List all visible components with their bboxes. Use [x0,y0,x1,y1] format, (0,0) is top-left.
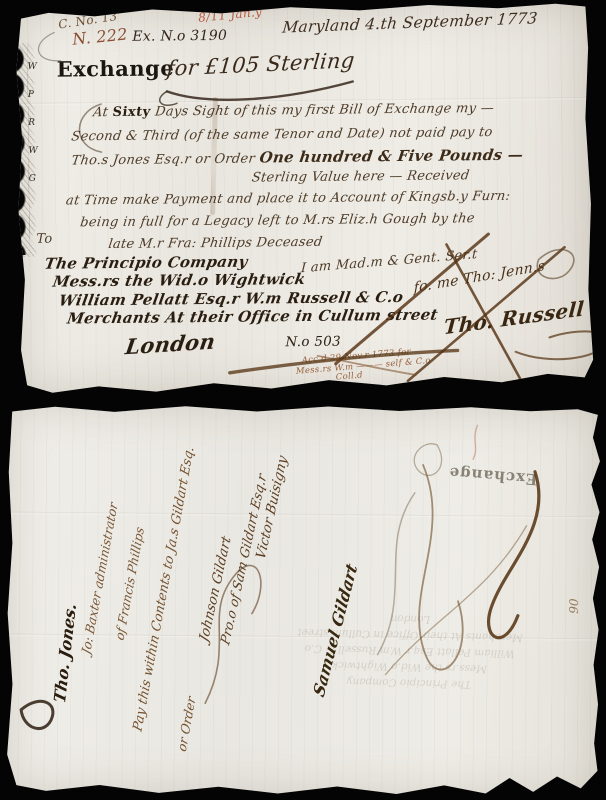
to-label: To [36,233,52,246]
endorsement-payee-name: Tho. Jones. [52,602,79,705]
address-line-2: Mess.rs the Wid.o Wightwick [52,272,307,290]
red-ink-annotation: 8/11 Jan.y [198,6,263,24]
body-line-3: Tho.s Jones Esq.r or Order One hundred &… [71,148,525,168]
edge-letter: R [28,119,35,128]
body-line-5: at Time make Payment and place it to Acc… [65,190,511,208]
body-line-1: At Sixty Days Sight of this my first Bil… [92,102,495,119]
bill-back-paper: Tho. Jones. Jo: Baxter administrator of … [4,402,601,799]
exchange-heading-bleed-through: Exchange [448,465,538,487]
edge-letter: W [28,147,37,156]
acceptance-note-line-3: Coll.d [336,371,364,382]
place-and-date-line: Maryland 4.th September 1773 [281,11,538,36]
body-line-1-rest: Days Sight of this my first Bill of Exch… [150,101,495,120]
exchange-number: Ex. N.o 3190 [132,29,227,44]
body-line-3-amount-words: One hundred & Five Pounds — [258,146,524,167]
address-bleed-through: The Principio Company Mess.rs the Wid.o … [296,608,524,694]
body-line-1-sixty: Sixty [112,105,152,120]
edge-letter: P [28,91,34,100]
address-city: London [124,330,217,357]
bill-front-paper: W P R W G C. No. 13 N. 222 Ex. N.o 3190 … [14,1,594,397]
amount-line: for £105 Sterling [166,50,356,80]
body-line-6: being in full for a Legacy left to M.rs … [79,212,475,229]
edge-letter: W [28,63,37,72]
body-line-7: late M.r Fra: Phillips Deceased [108,236,324,251]
address-line-4: Merchants At their Office in Cullum stre… [66,308,439,327]
endorsement-pay-order-line: Pay this within Contents to Ja.s Gildart… [132,445,197,733]
endorsement-or-order: or Order [176,695,198,753]
bill-number: N.o 503 [285,336,341,350]
edge-letter: G [29,175,36,184]
indenture-scallop-edge [9,45,29,255]
fold-crease [7,512,601,520]
body-line-4: Sterling Value here — Received [251,169,470,184]
photo-of-bill-of-exchange: W P R W G C. No. 13 N. 222 Ex. N.o 3190 … [0,0,606,800]
bill-serial-number: N. 222 [72,26,129,47]
drawer-signature: Tho. Russell [443,298,585,337]
endorsement-estate-line: of Francis Phillips [114,525,147,642]
corner-number: 90 [568,598,580,613]
exchange-heading: Exchange [57,57,175,79]
address-line-1: The Principio Company [43,255,248,272]
closing-line: I am Mad.m & Gent. Ser.t [301,248,478,275]
body-line-2: Second & Third (of the same Tenor and Da… [70,126,493,143]
body-line-3-payee: Tho.s Jones Esq.r or Order [70,151,260,168]
